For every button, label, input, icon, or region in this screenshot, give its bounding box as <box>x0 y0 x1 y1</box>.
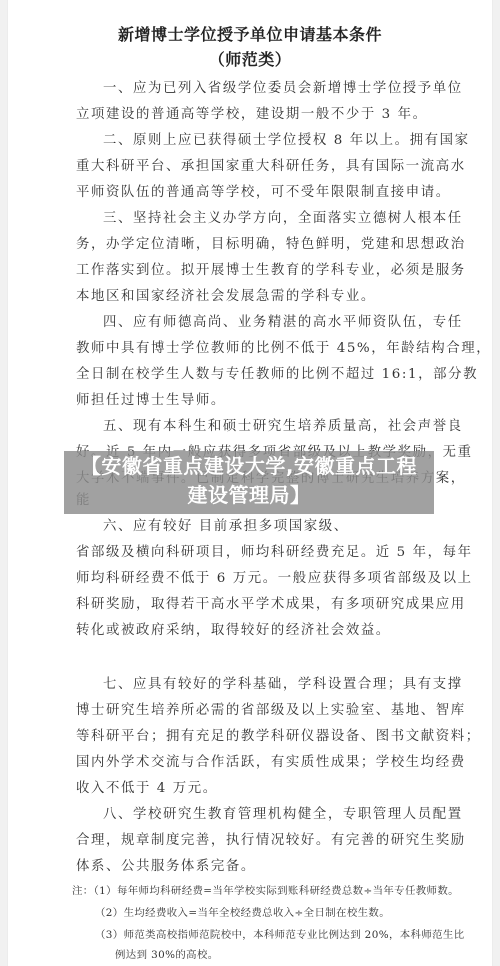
body-line: 平师资队伍的普通高等学校，可不受年限限制直接申请。 <box>76 184 436 202</box>
body-line: 重大科研平台、承担国家重大科研任务，具有国际一流高水 <box>76 158 436 176</box>
body-line: 五、现有本科生和硕士研究生培养质量高，社会声誉良 <box>103 418 463 436</box>
body-line: 三、坚持社会主义办学方向，全面落实立德树人根本任 <box>103 210 463 228</box>
body-line: 本地区和国家经济社会发展急需的学科专业。 <box>76 288 436 306</box>
body-line: 国内外学术交流与合作活跃，有实质性成果；学校生均经费 <box>76 754 436 772</box>
note-line: （3）师范类高校指师范院校中，本科师范专业比例达到 20%，本科师范生比 <box>95 928 465 942</box>
body-line: 七、应具有较好的学科基础，学科设置合理；具有支撑 <box>103 676 463 694</box>
body-line: 工作落实到位。拟开展博士生教育的学科专业，必须是服务 <box>76 262 436 280</box>
note-line: 例达到 30%的高校。 <box>115 948 219 962</box>
body-line: 八、学校研究生教育管理机构健全，专职管理人员配置 <box>103 806 463 824</box>
body-line: 务，办学定位清晰，目标明确，特色鲜明，党建和思想政治 <box>76 236 436 254</box>
body-line: 全日制在校学生人数与专任教师的比例不超过 16:1，部分教 <box>76 366 436 384</box>
document-title: 新增博士学位授予单位申请基本条件 <box>0 22 500 45</box>
overlay-banner-text: 【安徽省重点建设大学,安徽重点工程 建设管理局】 <box>64 452 434 510</box>
document-subtitle: （师范类） <box>0 47 500 70</box>
body-line: 立项建设的普通高等学校，建设期一般不少于 3 年。 <box>76 106 436 124</box>
body-line: 合理，规章制度完善，执行情况较好。有完善的研究生奖励 <box>76 832 436 850</box>
body-line: 四、应有师德高尚、业务精湛的高水平师资队伍，专任 <box>103 314 463 332</box>
banner-line-1: 【安徽省重点建设大学,安徽重点工程 <box>64 452 434 481</box>
body-line: 二、原则上应已获得硕士学位授权 8 年以上。拥有国家 <box>103 132 463 150</box>
banner-line-2: 建设管理局】 <box>64 481 434 510</box>
note-line: 注：（1）每年师均科研经费=当年学校实际到账科研经费总数÷当年专任教师数。 <box>72 884 459 898</box>
body-line: 转化或被政府采纳，取得较好的经济社会效益。 <box>76 622 436 640</box>
body-line: 师担任过博士生导师。 <box>76 392 436 410</box>
body-line: 等科研平台；拥有充足的教学科研仪器设备、图书文献资料； <box>76 728 436 746</box>
body-line: 省部级及横向科研项目，师均科研经费充足。近 5 年，每年 <box>76 544 436 562</box>
body-line: 收入不低于 4 万元。 <box>76 780 436 798</box>
body-line: 教师中具有博士学位教师的比例不低于 45%，年龄结构合理， <box>76 340 436 358</box>
body-line: 一、应为已列入省级学位委员会新增博士学位授予单位 <box>103 80 463 98</box>
body-line: 师均科研经费不低于 6 万元。一般应获得多项省部级及以上 <box>76 570 436 588</box>
body-line: 博士研究生培养所必需的省部级及以上实验室、基地、智库 <box>76 702 436 720</box>
note-line: （2）生均经费收入=当年全校经费总收入÷全日制在校生数。 <box>95 906 390 920</box>
body-line: 体系、公共服务体系完备。 <box>76 858 436 876</box>
body-line: 科研奖励，取得若干高水平学术成果，有多项研究成果应用 <box>76 596 436 614</box>
body-line: 六、应有较好 目前承担多项国家级、 <box>103 518 463 536</box>
